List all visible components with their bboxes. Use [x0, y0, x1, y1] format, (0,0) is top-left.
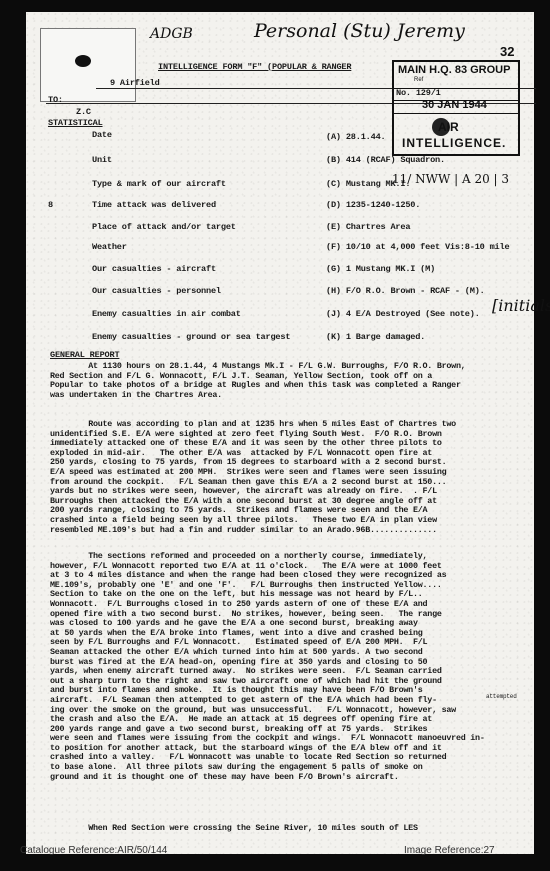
image-reference: Image Reference:27 [404, 845, 495, 856]
section-statistical: STATISTICAL [48, 118, 103, 128]
stamp-date: 30 JAN 1944 [422, 99, 487, 111]
document-page: ADGB Personal (Stu) Jeremy 32 INTELLIGEN… [26, 12, 534, 854]
stamp-ref-no: No. 129/1 [396, 88, 441, 98]
report-paragraph-3: The sections reformed and proceeded on a… [50, 552, 520, 782]
margin-annotation: attempted [486, 693, 517, 700]
catalogue-reference: Catalogue Reference:AIR/50/144 [20, 845, 167, 856]
stat-value: (F) 10/10 at 4,000 feet Vis:8-10 mile [326, 242, 509, 252]
stamp-ref-label: Ref [414, 77, 423, 83]
stat-value: (H) F/O R.O. Brown - RCAF - (M). [326, 286, 485, 296]
report-paragraph-2: Route was according to plan and at 1235 … [50, 420, 520, 535]
received-stamp: MAIN H.Q. 83 GROUP Ref No. 129/1 30 JAN … [392, 60, 520, 156]
report-paragraph-4: When Red Section were crossing the Seine… [50, 824, 520, 834]
stat-label: Our casualties - aircraft [92, 264, 216, 274]
stat-value: (D) 1235-1240-1250. [326, 200, 420, 210]
page-number: 32 [500, 44, 514, 59]
stat-label: Our casualties - personnel [92, 286, 221, 296]
stamp-intelligence: INTELLIGENCE. [402, 136, 506, 150]
margin-note: 8 [48, 200, 53, 210]
signature: [initials] [492, 296, 550, 315]
stat-label: Time attack was delivered [92, 200, 216, 210]
stat-value: (G) 1 Mustang MK.I (M) [326, 264, 435, 274]
handwritten-note-adgb: ADGB [150, 26, 193, 42]
report-paragraph-1: At 1130 hours on 28.1.44, 4 Mustangs Mk.… [50, 362, 520, 400]
stat-label: Date [92, 130, 112, 140]
stat-label: Place of attack and/or target [92, 222, 236, 232]
to-note: Z.C [76, 107, 91, 117]
handwritten-ref: 11/ NWW | A 20 | 3 [392, 172, 509, 186]
stat-label: Enemy casualties in air combat [92, 309, 241, 319]
stat-value: (K) 1 Barge damaged. [326, 332, 425, 342]
form-title: INTELLIGENCE FORM "F" (POPULAR & RANGER [158, 62, 351, 72]
from-line: 9 Airfield [110, 78, 160, 88]
handwritten-note-personal: Personal (Stu) Jeremy [254, 20, 465, 42]
stat-value: (B) 414 (RCAF) Squadron. [326, 155, 445, 165]
pin-icon [75, 55, 91, 67]
stat-label: Type & mark of our aircraft [92, 179, 226, 189]
stat-label: Enemy casualties - ground or sea targest [92, 332, 290, 342]
stat-label: Weather [92, 242, 127, 252]
stat-label: Unit [92, 155, 112, 165]
stamp-air: AIR [438, 120, 459, 134]
stat-value: (A) 28.1.44. [326, 132, 386, 142]
to-label: TO: [48, 95, 63, 105]
attached-slip [40, 28, 136, 102]
stat-value: (E) Chartres Area [326, 222, 410, 232]
stamp-hq: MAIN H.Q. 83 GROUP [398, 64, 510, 76]
stat-value: (J) 4 E/A Destroyed (See note). [326, 309, 480, 319]
general-report-heading: GENERAL REPORT [50, 350, 119, 360]
